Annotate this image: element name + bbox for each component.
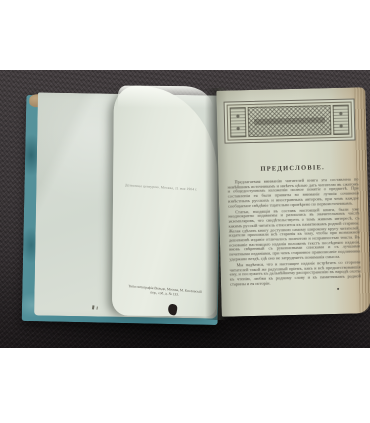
white-matte-top [0,0,370,70]
ornament-center-band [254,117,325,125]
preface-paragraph-2: Статьи, входящія въ составъ настоящей кн… [228,207,360,262]
white-matte-bottom [0,348,370,423]
preface-text: Предлагаемая вниманію читателей книга эт… [227,177,361,288]
ornament-center-panel [248,105,332,137]
preface-paragraph-1: Предлагаемая вниманію читателей книга эт… [227,177,359,208]
preface-paragraph-3: Мы надѣемся, что и настоящее изданіе вст… [229,260,361,287]
ornament-end-right [333,105,350,135]
page-curl-highlight [118,86,213,109]
ornament-end-left [230,107,247,137]
preface-heading: ПРЕДИСЛОВІЕ. [218,163,367,174]
censor-approval-line: Дозволено цензурою. Москва, 11 мая 1904 … [125,184,213,193]
printer-imprint: Типо-литографія Вильде, Москва, М. Кисло… [122,284,208,300]
headpiece-ornament [224,98,356,143]
right-preface-page: ПРЕДИСЛОВІЕ. Предлагаемая вниманію читат… [216,87,370,317]
photograph-open-antique-book: Дозволено цензурою. Москва, 11 мая 1904 … [0,70,370,348]
headpiece-inner-frame [227,102,353,141]
product-photo-frame: Дозволено цензурою. Москва, 11 мая 1904 … [0,0,370,423]
paper-speck [92,305,95,309]
page-edge-tear [167,303,178,315]
signature-mark [337,288,339,290]
